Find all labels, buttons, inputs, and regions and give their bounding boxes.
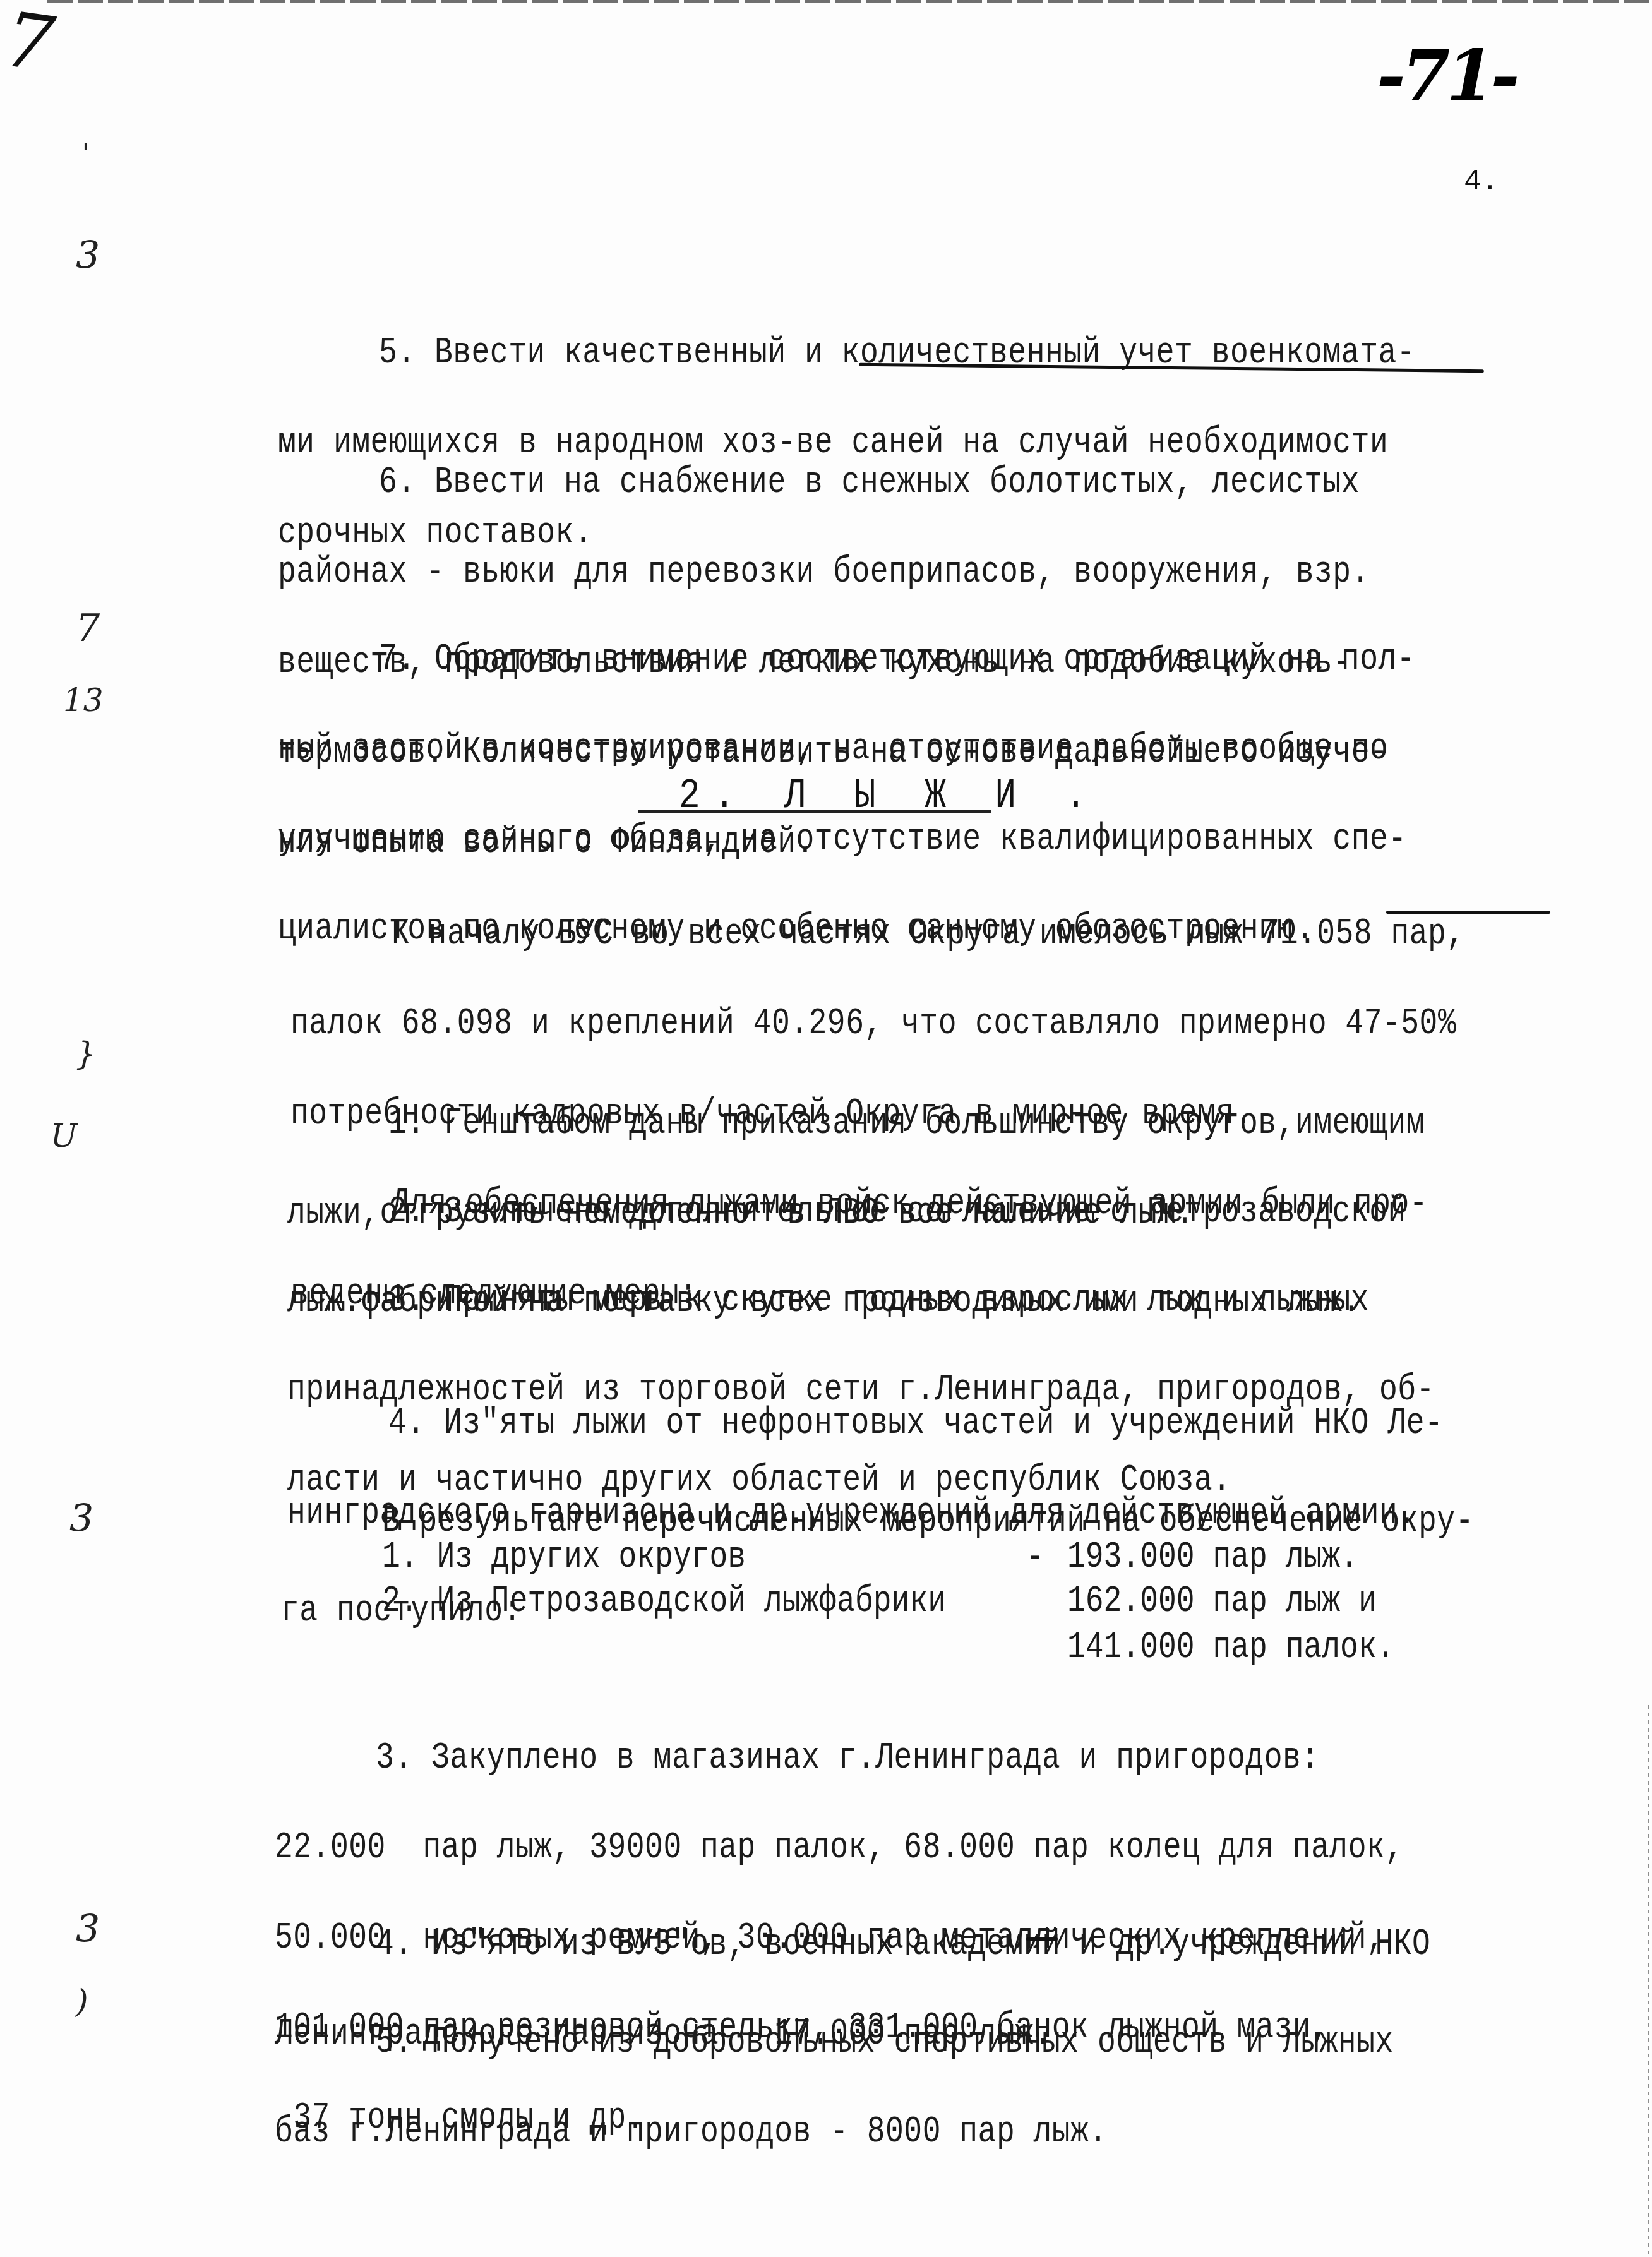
received-item-2-amount: 162.000 пар лыж и: [1067, 1580, 1377, 1623]
received-item-2-amount-b: 141.000 пар палок.: [1067, 1626, 1394, 1669]
heading-underline: [638, 810, 991, 813]
margin-mark: ): [76, 1983, 88, 2020]
margin-mark: ': [82, 139, 89, 168]
margin-mark: 3: [76, 234, 100, 278]
received-item-1-sep: -: [1026, 1536, 1044, 1579]
folio-number: -71-: [1377, 35, 1516, 116]
received-sports-block: 5. Получено из добровольных спортивных о…: [275, 1967, 1632, 2207]
margin-mark: 13: [63, 682, 104, 719]
scan-edge-right: [1648, 1705, 1649, 2257]
received-item-2-label: 2. Из Петрозаводской лыжфабрики: [382, 1580, 946, 1623]
margin-mark: 7: [76, 606, 100, 650]
corner-handwritten-mark: 7: [0, 2, 58, 83]
received-item-1-amount: 193.000 пар лыж.: [1067, 1536, 1358, 1579]
section-heading: 2. Л Ы Ж И .: [679, 772, 1100, 820]
margin-mark: }: [76, 1036, 96, 1072]
handwritten-underline: [1386, 911, 1550, 914]
received-item-1-label: 1. Из других округов: [382, 1536, 746, 1579]
scan-edge-top: [47, 0, 1651, 3]
handwritten-underline: [1026, 1937, 1058, 1941]
margin-mark: U: [51, 1118, 77, 1154]
page-number: 4.: [1464, 165, 1499, 198]
margin-mark: 3: [69, 1497, 93, 1541]
margin-mark: 3: [76, 1907, 100, 1951]
document-page: 7 -71- 4. ' 3 7 13 } U 3 3 ) 5. Ввести к…: [0, 0, 1652, 2257]
